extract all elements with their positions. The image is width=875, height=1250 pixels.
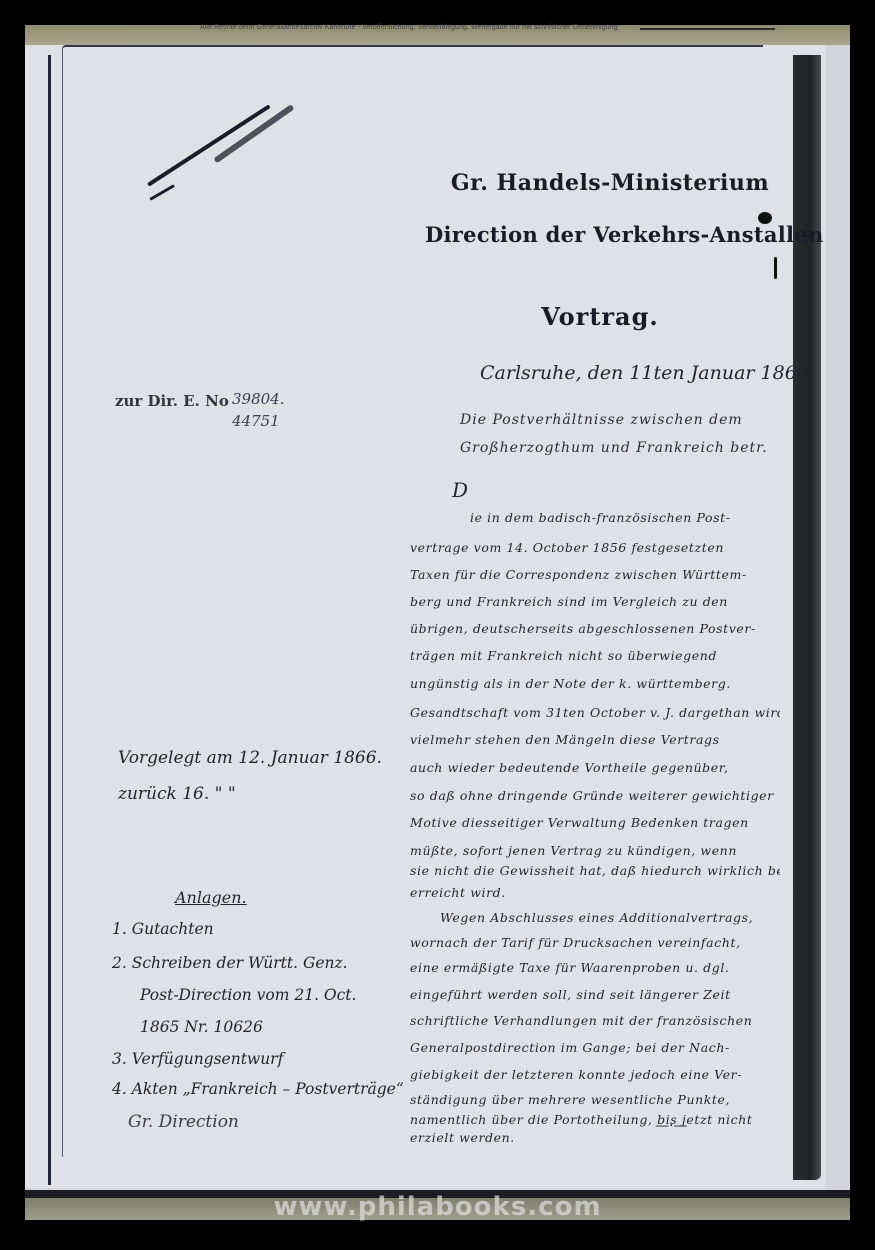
body-line: eine ermäßigte Taxe für Waarenproben u. … — [410, 960, 780, 975]
ministry-heading: Gr. Handels-Ministerium — [440, 170, 780, 196]
body-line: auch wieder bedeutende Vortheile gegenüb… — [410, 760, 780, 775]
attachments-heading: Anlagen. — [175, 888, 247, 907]
body-line: Generalpostdirection im Gange; bei der N… — [410, 1040, 780, 1055]
body-line: Gesandtschaft vom 31ten October v. J. da… — [410, 705, 780, 720]
returned-date-note: zurück 16. " " — [118, 784, 236, 804]
body-line: sie nicht die Gewissheit hat, daß hiedur… — [410, 863, 780, 878]
body-line: schriftliche Verhandlungen mit der franz… — [410, 1013, 780, 1028]
body-line: giebigkeit der letzteren konnte jedoch e… — [410, 1067, 780, 1082]
body-line: wornach der Tarif für Drucksachen verein… — [410, 935, 780, 950]
body-line: übrigen, deutscherseits abgeschlossenen … — [410, 621, 780, 636]
attachment-item: 1. Gutachten — [112, 920, 214, 938]
body-line: ungünstig als in der Note der k. württem… — [410, 676, 780, 691]
top-rule-line — [640, 28, 775, 30]
date-line: Carlsruhe, den 11ten Januar 1866 — [480, 362, 809, 384]
binding-line — [48, 55, 51, 1185]
body-initial: D — [452, 478, 822, 502]
body-line: Motive diesseitiger Verwaltung Bedenken … — [410, 815, 780, 830]
body-line: so daß ohne dringende Gründe weiterer ge… — [410, 788, 780, 803]
body-line: erzielt werden. — [410, 1130, 780, 1145]
body-line: vielmehr stehen den Mängeln diese Vertra… — [410, 732, 780, 747]
directorate-heading: Direction der Verkehrs-Anstallen — [425, 222, 785, 247]
body-line: berg und Frankreich sind im Vergleich zu… — [410, 594, 780, 609]
body-line: erreicht wird. — [410, 885, 780, 900]
reference-number: 39804. — [232, 390, 285, 408]
body-line: trägen mit Frankreich nicht so überwiege… — [410, 648, 780, 663]
page-right-margin — [825, 45, 850, 1195]
attachment-item: 2. Schreiben der Württ. Genz. — [112, 954, 348, 972]
document-title: Vortrag. — [520, 302, 680, 331]
body-line: ständigung über mehrere wesentliche Punk… — [410, 1092, 780, 1107]
body-line: vertrage vom 14. October 1856 festgesetz… — [410, 540, 780, 555]
subject-line: Die Postverhältnisse zwischen dem — [460, 412, 743, 428]
attachment-item: 3. Verfügungsentwurf — [112, 1050, 283, 1068]
reference-number: 44751 — [232, 412, 280, 430]
body-line: Wegen Abschlusses eines Additionalvertra… — [440, 910, 780, 925]
paraph-mark: —·— — [655, 1118, 687, 1134]
attachment-item: 4. Akten „Frankreich – Postverträge“ — [112, 1080, 404, 1098]
body-line: müßte, sofort jenen Vertrag zu kündigen,… — [410, 843, 780, 858]
attachment-item-continued: Post-Direction vom 21. Oct. — [140, 986, 356, 1004]
archive-copyright-notice: Alle Rechte beim Generallandesarchiv Kar… — [200, 24, 640, 31]
body-line: Taxen für die Correspondenz zwischen Wür… — [410, 567, 780, 582]
subject-line: Großherzogthum und Frankreich betr. — [460, 440, 768, 456]
body-line: namentlich über die Portotheilung, bis j… — [410, 1112, 780, 1127]
attachment-item-continued: 1865 Nr. 10626 — [140, 1018, 263, 1036]
presented-date-note: Vorgelegt am 12. Januar 1866. — [118, 748, 382, 768]
ink-mark — [774, 257, 777, 279]
body-line: eingeführt werden soll, sind seit länger… — [410, 987, 780, 1002]
body-line: ie in dem badisch-französischen Post- — [470, 510, 780, 525]
watermark: www.philabooks.com — [0, 1192, 875, 1222]
reference-label: zur Dir. E. No — [115, 392, 229, 410]
signature: Gr. Direction — [128, 1112, 239, 1132]
